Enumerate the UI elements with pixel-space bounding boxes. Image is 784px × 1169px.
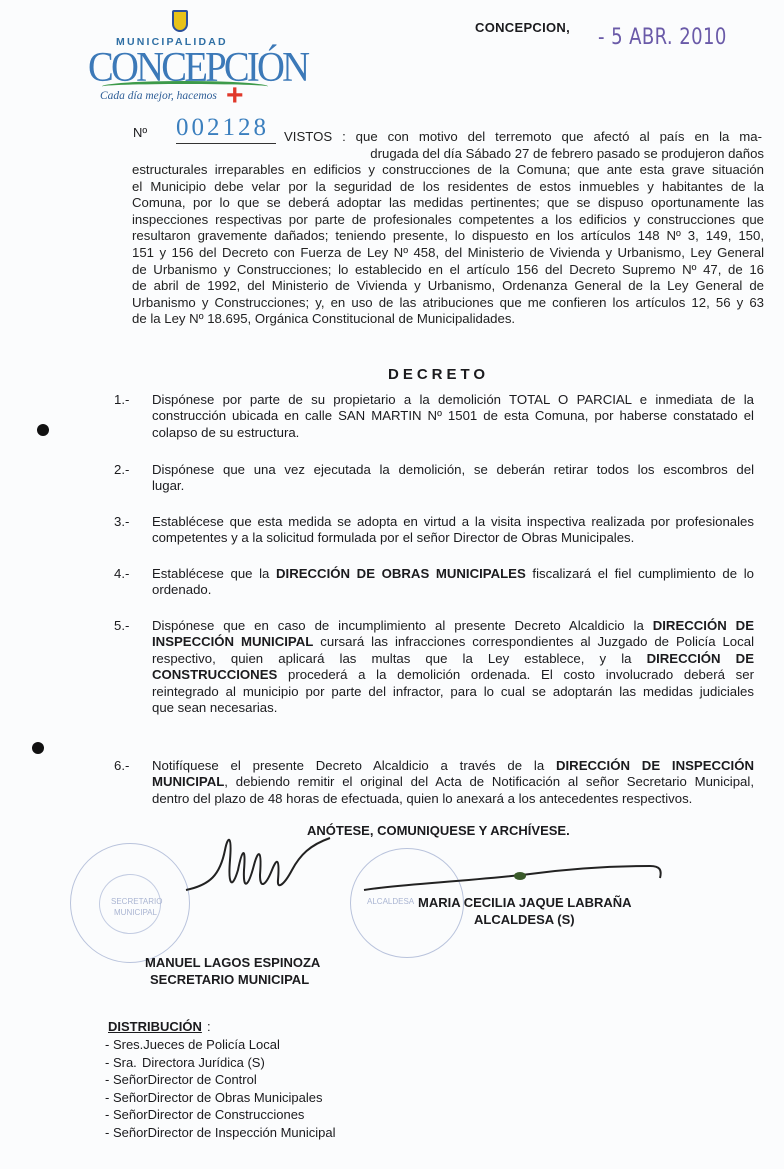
stamp-center-line2: MUNICIPAL [114,908,157,917]
decree-item-number: 1.- [114,392,129,407]
vistos-line: inspecciones respectivas por parte de pr… [132,212,764,229]
decree-item-number: 2.- [114,462,129,477]
vistos-first-line: VISTOS : que con motivo del terremoto qu… [284,129,762,146]
decree-number: 002128 [176,113,276,144]
vistos-line: de Urbanismo y Construcciones; lo establ… [132,262,764,279]
vistos-line: el Municipio debe velar por la seguridad… [132,179,764,196]
decree-item-text: Dispónese que una vez ejecutada la demol… [152,462,754,495]
vistos-line: de abril de 1992, del Ministerio de Vivi… [132,278,764,295]
decree-item-text: Dispónese que en caso de incumplimiento … [152,618,754,716]
distribution-item: - Señor Director de Control [105,1071,336,1089]
vistos-body: estructurales irreparables en edificios … [132,162,764,328]
date-stamp: - 5 ABR. 2010 [598,25,727,50]
punch-hole-icon [32,742,44,754]
signer-title: ALCALDESA (S) [474,912,575,927]
secretario-stamp: SECRETARIO MUNICIPAL [70,843,190,963]
distribution-item: - Señor Director de Inspección Municipal [105,1124,336,1142]
page-bottom-edge [0,1143,784,1169]
secretario-signature-icon [180,830,360,920]
vistos-line: 151 y 156 del Decreto con Fuerza de Ley … [132,245,764,262]
city-label: CONCEPCION, [475,20,570,35]
distribution-title-colon: : [207,1019,211,1034]
distribution-list: - Sres. Jueces de Policía Local- Sra. Di… [105,1036,336,1159]
distribution-item: - Sres. Jueces de Policía Local [105,1036,336,1054]
decree-item-text: Dispónese por parte de su propietario a … [152,392,754,441]
vistos-second-line: drugada del día Sábado 27 de febrero pas… [352,146,764,163]
decree-item-text: Establécese que la DIRECCIÓN DE OBRAS MU… [152,566,754,599]
decree-item-number: 4.- [114,566,129,581]
decree-item-number: 5.- [114,618,129,633]
distribution-item: - Sra. Directora Jurídica (S) [105,1054,336,1072]
coat-of-arms-icon [172,10,188,32]
signer-title: SECRETARIO MUNICIPAL [150,972,309,987]
decree-number-label: Nº [133,125,147,140]
vistos-line: estructurales irreparables en edificios … [132,162,764,179]
logo-slogan: Cada día mejor, hacemos [100,90,217,102]
municipality-logo: MUNICIPALIDAD CONCEPCIÓN Cada día mejor,… [88,6,278,116]
signer-name: MARIA CECILIA JAQUE LABRAÑA [418,895,632,910]
decree-item-text: Notifíquese el presente Decreto Alcaldic… [152,758,754,807]
distribution-item: - Señor Director de Obras Municipales [105,1089,336,1107]
distribution-title: DISTRIBUCIÓN [108,1019,202,1034]
stamp-center-line1: SECRETARIO [111,897,162,906]
plus-icon: + [226,79,244,113]
vistos-line: de la Ley Nº 18.695, Orgánica Constituci… [132,311,764,328]
punch-hole-icon [37,424,49,436]
signer-name: MANUEL LAGOS ESPINOZA [145,955,320,970]
vistos-line: Urbanismo y Construcciones; y, en uso de… [132,295,764,312]
decree-item-number: 3.- [114,514,129,529]
decree-title: DECRETO [388,366,489,383]
vistos-line: Comuna, por lo que se deberá adoptar las… [132,195,764,212]
decree-item-text: Establécese que esta medida se adopta en… [152,514,754,547]
distribution-item: - Señor Director de Construcciones [105,1106,336,1124]
decree-item-number: 6.- [114,758,129,773]
vistos-line: resultaron gravemente dañados; teniendo … [132,228,764,245]
